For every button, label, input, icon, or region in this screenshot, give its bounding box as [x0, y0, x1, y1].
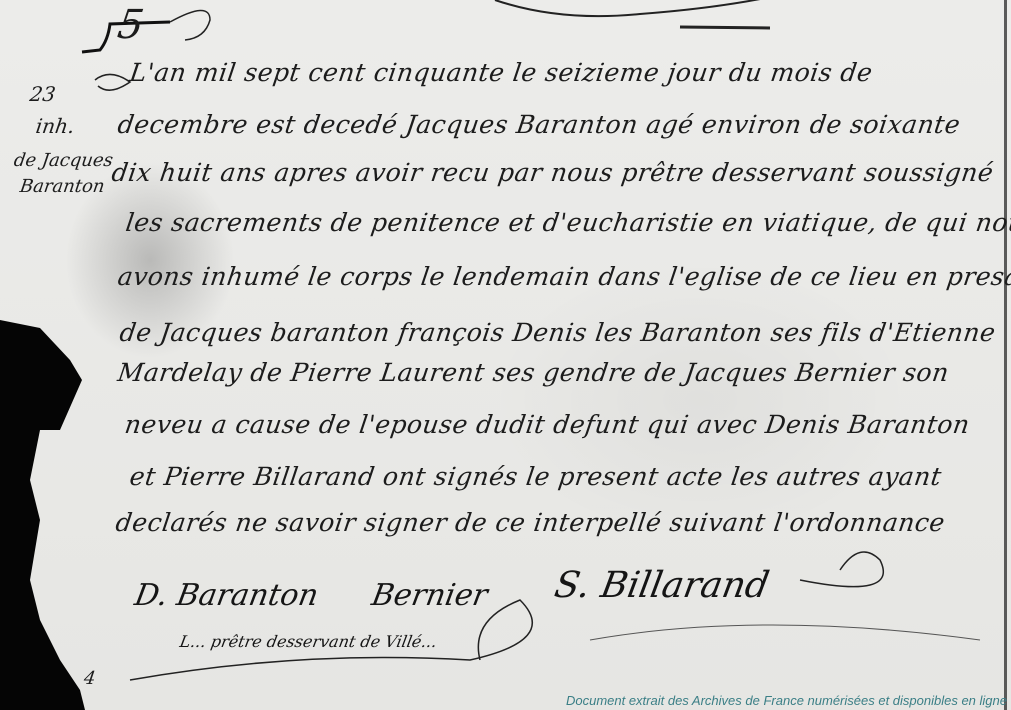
entry-type: inh. [34, 114, 76, 138]
text-line-1: L'an mil sept cent cinquante le seizieme… [128, 58, 875, 87]
entry-number: 23 [28, 82, 57, 106]
text-line-3: dix huit ans apres avoir recu par nous p… [110, 158, 995, 187]
text-line-7: Mardelay de Pierre Laurent ses gendre de… [116, 358, 951, 387]
text-line-9: et Pierre Billarand ont signés le presen… [128, 462, 944, 491]
archive-watermark: Document extrait des Archives de France … [566, 693, 1007, 708]
text-line-2: decembre est decedé Jacques Baranton agé… [116, 110, 962, 139]
signature-billarand: S. Billarand [551, 565, 772, 606]
margin-name-line2: Baranton [19, 176, 107, 197]
signature-bernier: Bernier [369, 578, 490, 613]
text-line-8: neveu a cause de l'epouse dudit defunt q… [123, 410, 972, 439]
text-line-5: avons inhumé le corps le lendemain dans … [116, 262, 1011, 291]
margin-name-line1: de Jacques [13, 150, 115, 171]
signature-baranton: D. Baranton [132, 578, 321, 613]
page-binding-edge [1004, 0, 1007, 710]
text-line-4: les sacrements de penitence et d'euchari… [124, 208, 1011, 237]
text-line-10: declarés ne savoir signer de ce interpel… [114, 508, 947, 537]
text-line-6: de Jacques baranton françois Denis les B… [118, 318, 998, 347]
torn-page-edge [0, 320, 90, 710]
signature-priest: L... prêtre desservant de Villé... [178, 632, 438, 651]
